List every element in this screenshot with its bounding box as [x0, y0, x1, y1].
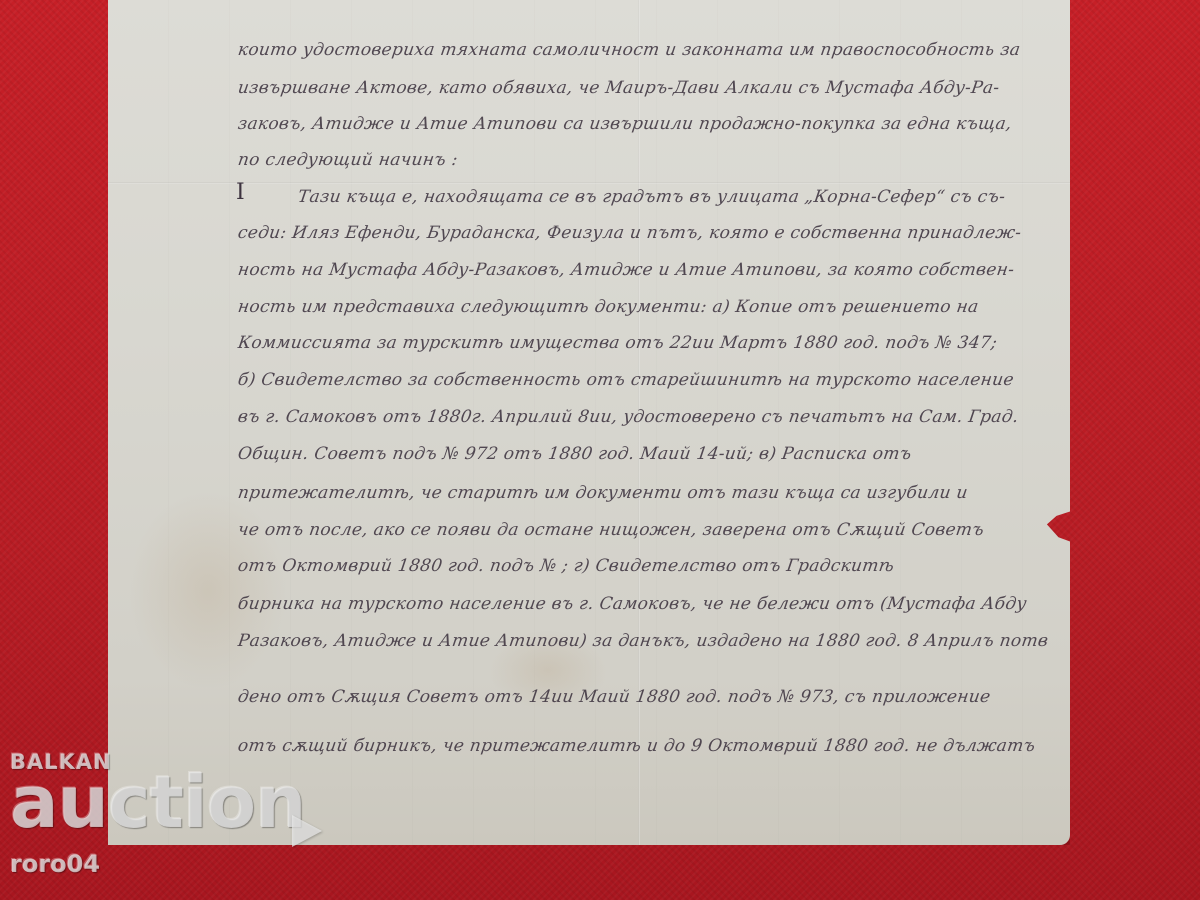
handwritten-line: ность на Мустафа Абду-Разаковъ, Атидже и… — [237, 260, 1050, 280]
handwritten-line: че отъ после, ако се появи да остане нищ… — [237, 520, 1050, 540]
paper-fold-horizontal — [108, 182, 1070, 184]
handwritten-line: отъ сѫщий бирникъ, че притежателитѣ и до… — [237, 736, 1050, 756]
handwritten-line: Общин. Советъ подъ № 972 отъ 1880 год. М… — [237, 444, 1050, 464]
handwritten-line: които удостовериха тяхната самоличност и… — [237, 40, 1050, 60]
handwritten-line: извършване Актове, като обявиха, че Маир… — [237, 78, 1050, 98]
handwritten-line: притежателитѣ, че старитѣ им документи о… — [237, 483, 1050, 503]
handwritten-line: ность им представиха следующитѣ документ… — [237, 297, 1050, 317]
handwritten-line: Тази къща е, находящата се въ градътъ въ… — [297, 187, 1050, 207]
handwritten-line: заковъ, Атидже и Атие Атипови са извърши… — [237, 114, 1050, 134]
handwritten-line: по следующий начинъ : — [237, 150, 1050, 170]
handwritten-line: отъ Октомврий 1880 год. подъ № ; г) Свид… — [237, 556, 1050, 576]
handwritten-line: дено отъ Сѫщия Советъ отъ 14ии Маий 1880… — [237, 687, 1050, 707]
handwritten-line: въ г. Самоковъ отъ 1880г. Априлий 8ии, у… — [237, 407, 1050, 427]
watermark-brand-main: auction — [10, 760, 305, 844]
handwritten-line: седи: Иляз Ефенди, Бураданска, Феизула и… — [237, 223, 1050, 243]
document-paper: които удостовериха тяхната самоличност и… — [108, 0, 1070, 845]
section-marker: I — [236, 180, 245, 205]
watermark-play-arrow-icon — [292, 815, 322, 847]
handwritten-line: бирника на турското население въ г. Само… — [237, 594, 1050, 614]
handwritten-line: Коммиссията за турскитѣ имущества отъ 22… — [237, 333, 1050, 353]
watermark-username: roro04 — [10, 850, 100, 878]
handwritten-line: Разаковъ, Атидже и Атие Атипови) за данъ… — [237, 631, 1050, 651]
handwritten-line: б) Свидетелство за собственность отъ ста… — [237, 370, 1050, 390]
